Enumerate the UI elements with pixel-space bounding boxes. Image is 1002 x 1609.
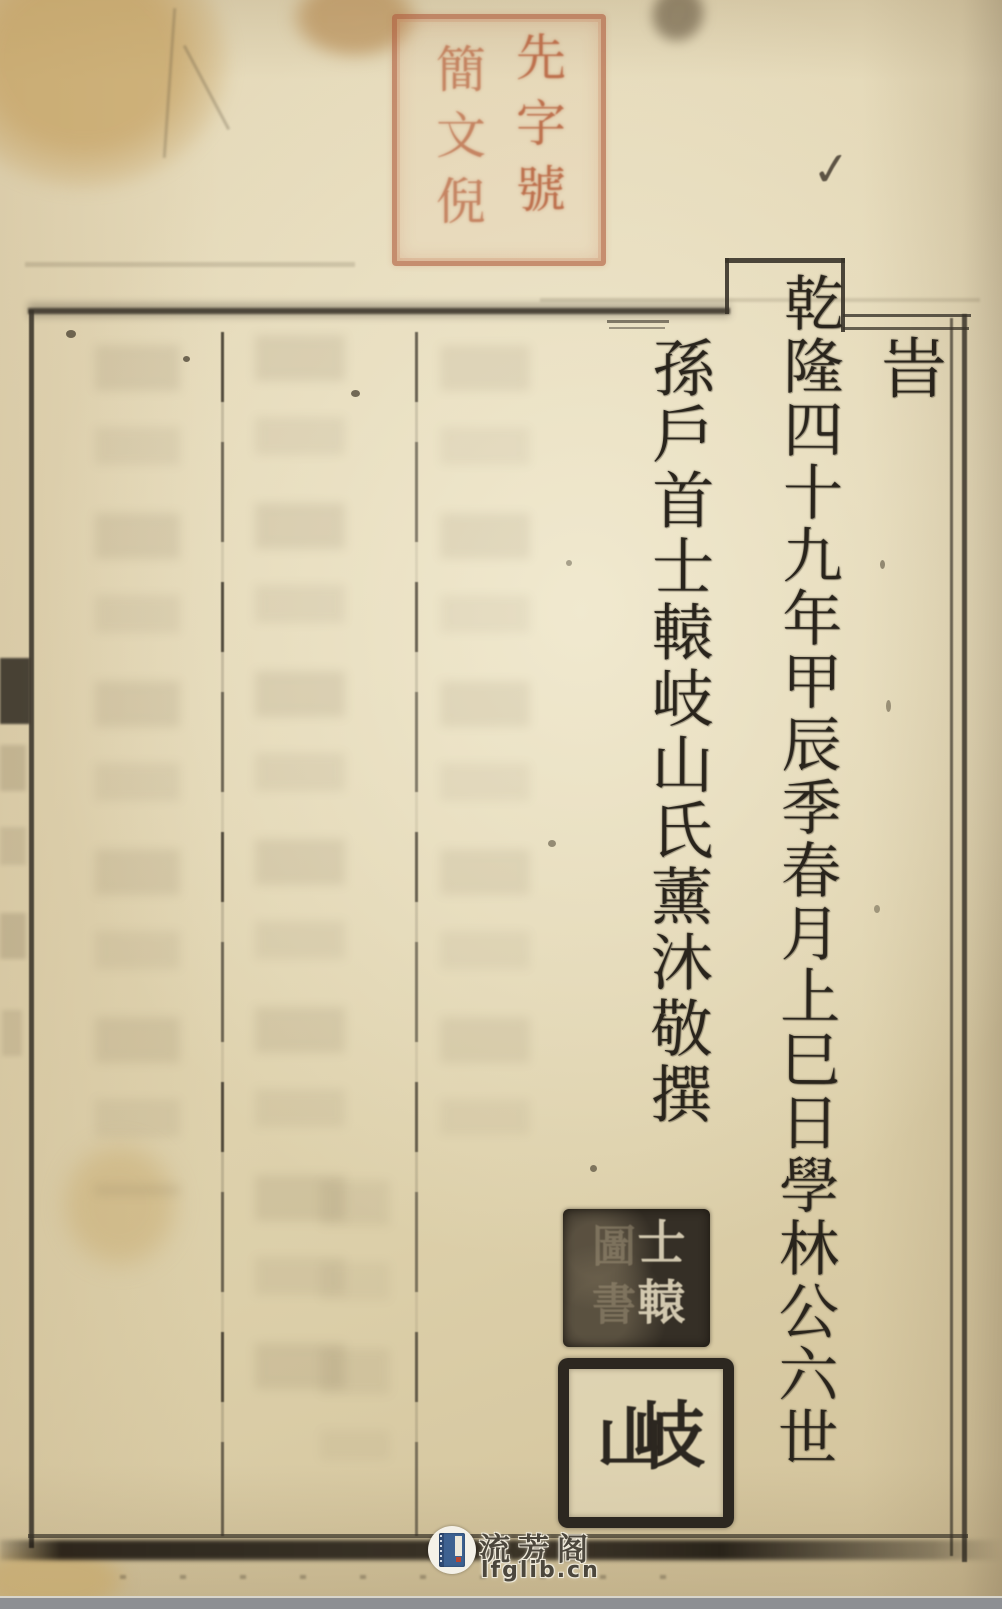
- bleedthrough-column: [440, 345, 530, 1135]
- frame-top-border-smudge: [28, 303, 730, 317]
- bleedthrough-column: [95, 345, 180, 1195]
- notch-top: [725, 258, 845, 263]
- ink-speck: [874, 905, 880, 913]
- corner-stain: [0, 0, 230, 190]
- upper-seal-left-column: 圖書: [577, 1223, 641, 1339]
- scratch-mark: [183, 45, 230, 130]
- ink-speck: [880, 560, 885, 569]
- top-edge-tear: [637, 0, 718, 56]
- watermark-site-url: lfglib.cn: [481, 1558, 600, 1583]
- faint-smudge-line: [25, 262, 355, 267]
- ink-speck: [351, 390, 360, 397]
- colophon-column-2: 孫戶首士轅岐山氏薰沐敬撰: [611, 336, 724, 1128]
- upper-seal: 士轅 圖書: [563, 1209, 710, 1347]
- frame-left-border: [29, 310, 34, 1548]
- ink-speck: [566, 560, 572, 566]
- column-rule: [415, 332, 418, 1536]
- column-top-tick: [609, 327, 665, 329]
- book-stitching: [440, 1535, 442, 1565]
- margin-heading: 旹: [860, 334, 955, 400]
- frame-right-double-outer: [962, 314, 967, 1562]
- bleedthrough-column: [320, 1180, 390, 1460]
- lower-seal-left-column: 山: [577, 1403, 674, 1471]
- scanned-page: 先字號 簡文倪 ✓ 旹 乾隆四十九年甲辰季春月上巳日學林公六世 孫戶首士轅岐山氏…: [0, 0, 1002, 1609]
- ink-speck: [548, 840, 556, 847]
- lower-seal: 岐 山: [558, 1358, 734, 1528]
- red-collector-stamp: 先字號 簡文倪: [392, 14, 606, 266]
- ink-speck: [183, 356, 190, 362]
- thread-bound-book-icon: [439, 1533, 465, 1567]
- book-title-label: [455, 1536, 462, 1556]
- notch-left: [725, 258, 729, 314]
- adjacent-page-fragment: [0, 745, 26, 995]
- adjacent-page-fragment: [0, 658, 30, 724]
- stamp-left-column: 簡文倪: [421, 43, 493, 241]
- frame-right-double-inner: [950, 318, 953, 1556]
- handwritten-checkmark: ✓: [809, 140, 853, 198]
- ink-speck: [590, 1165, 597, 1172]
- watermark-badge: [428, 1526, 476, 1574]
- adjacent-page-fragment: [2, 1010, 22, 1080]
- scanner-edge-strip: [0, 1596, 1002, 1609]
- column-rule: [221, 332, 224, 1536]
- ink-speck: [66, 330, 76, 338]
- left-stain: [55, 1135, 185, 1275]
- ink-speck: [886, 700, 891, 712]
- stamp-right-column: 先字號: [501, 31, 573, 229]
- book-label-seal: [456, 1557, 461, 1562]
- colophon-column-1: 乾隆四十九年甲辰季春月上巳日學林公六世: [730, 272, 852, 1470]
- column-top-tick: [607, 320, 669, 323]
- frame-top-double-outer: [843, 314, 971, 317]
- scratch-mark: [163, 8, 176, 158]
- bleedthrough-column: [255, 335, 345, 1415]
